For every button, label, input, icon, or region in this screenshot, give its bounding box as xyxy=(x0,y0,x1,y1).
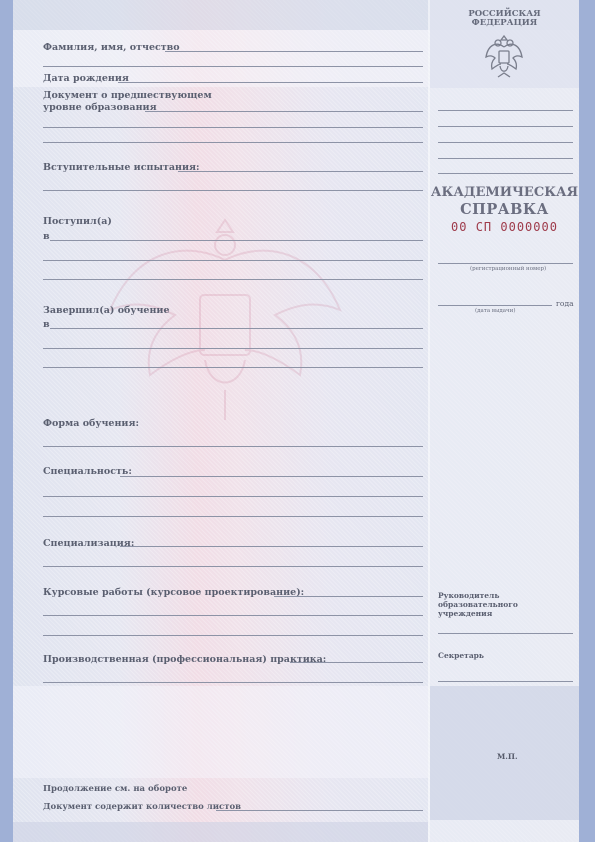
prev-doc-field[interactable] xyxy=(145,111,423,112)
prev-doc-label-2: уровне образования xyxy=(43,102,157,113)
specialization-field[interactable] xyxy=(120,546,423,547)
head-of-institution-label: Руководитель образовательного учреждения xyxy=(438,591,568,618)
head-signature-field[interactable] xyxy=(438,633,573,634)
practice-field[interactable] xyxy=(290,662,423,663)
issue-date-caption: (дата выдачи) xyxy=(475,308,515,314)
birth-date-field[interactable] xyxy=(118,82,423,83)
specialization-field-2[interactable] xyxy=(43,566,423,567)
continued-note: Продолжение см. на обороте xyxy=(43,784,187,795)
completed-label: Завершил(а) обучение xyxy=(43,305,170,316)
stamp-placeholder: М.П. xyxy=(497,752,518,761)
country-name-line2: ФЕДЕРАЦИЯ xyxy=(430,19,579,28)
sheet-count-field[interactable] xyxy=(216,810,423,811)
study-form-field[interactable] xyxy=(43,446,423,447)
secretary-label: Секретарь xyxy=(438,651,484,660)
coursework-field-3[interactable] xyxy=(43,635,423,636)
document-title-line1: АКАДЕМИЧЕСКАЯ xyxy=(430,185,579,200)
coursework-label: Курсовые работы (курсовое проектирование… xyxy=(43,587,304,598)
enrolled-field-3[interactable] xyxy=(43,279,423,280)
birth-date-label: Дата рождения xyxy=(43,73,129,84)
enrolled-in-label: в xyxy=(43,231,50,242)
completed-in-label: в xyxy=(43,319,50,330)
reg-number-field[interactable] xyxy=(438,263,573,264)
right-rule-4 xyxy=(438,158,573,159)
practice-label: Производственная (профессиональная) прак… xyxy=(43,654,326,665)
column-divider xyxy=(428,0,430,842)
specialty-label: Специальность: xyxy=(43,466,132,477)
right-rule-5 xyxy=(438,173,573,174)
completed-field-3[interactable] xyxy=(43,367,423,368)
reg-number-caption: (регистрационный номер) xyxy=(470,266,546,272)
completed-field[interactable] xyxy=(50,328,423,329)
coursework-field-2[interactable] xyxy=(43,615,423,616)
secretary-signature-field[interactable] xyxy=(438,681,573,682)
prev-doc-field-2[interactable] xyxy=(43,127,423,128)
entrance-exams-field-2[interactable] xyxy=(43,190,423,191)
completed-field-2[interactable] xyxy=(43,348,423,349)
practice-field-2[interactable] xyxy=(43,682,423,683)
bottom-band xyxy=(13,686,428,778)
study-form-label: Форма обучения: xyxy=(43,418,139,429)
entrance-exams-field[interactable] xyxy=(178,171,423,172)
prev-doc-field-3[interactable] xyxy=(43,142,423,143)
right-rule-2 xyxy=(438,126,573,127)
coursework-field[interactable] xyxy=(274,596,423,597)
enrolled-field-2[interactable] xyxy=(43,260,423,261)
specialization-label: Специализация: xyxy=(43,538,134,549)
coat-of-arms-icon xyxy=(484,33,524,83)
serial-number: 00 СП 0000000 xyxy=(430,220,579,234)
full-name-label: Фамилия, имя, отчество xyxy=(43,42,180,53)
document-title-line2: СПРАВКА xyxy=(430,201,579,218)
enrolled-label: Поступил(а) xyxy=(43,216,112,227)
entrance-exams-label: Вступительные испытания: xyxy=(43,162,200,173)
specialty-field[interactable] xyxy=(120,476,423,477)
right-rule-3 xyxy=(438,142,573,143)
full-name-field[interactable] xyxy=(165,51,423,52)
sheet-count-label: Документ содержит количество листов xyxy=(43,802,241,813)
specialty-field-2[interactable] xyxy=(43,496,423,497)
right-edge-stripe xyxy=(579,0,595,842)
enrolled-field[interactable] xyxy=(50,240,423,241)
issue-date-field[interactable] xyxy=(438,305,552,306)
issue-date-suffix: года xyxy=(556,299,574,308)
bottom-edge-band xyxy=(13,822,428,842)
right-rule-1 xyxy=(438,110,573,111)
left-edge-stripe xyxy=(0,0,13,842)
specialty-field-3[interactable] xyxy=(43,516,423,517)
full-name-field-2[interactable] xyxy=(43,66,423,67)
prev-doc-label-1: Документ о предшествующем xyxy=(43,90,212,101)
